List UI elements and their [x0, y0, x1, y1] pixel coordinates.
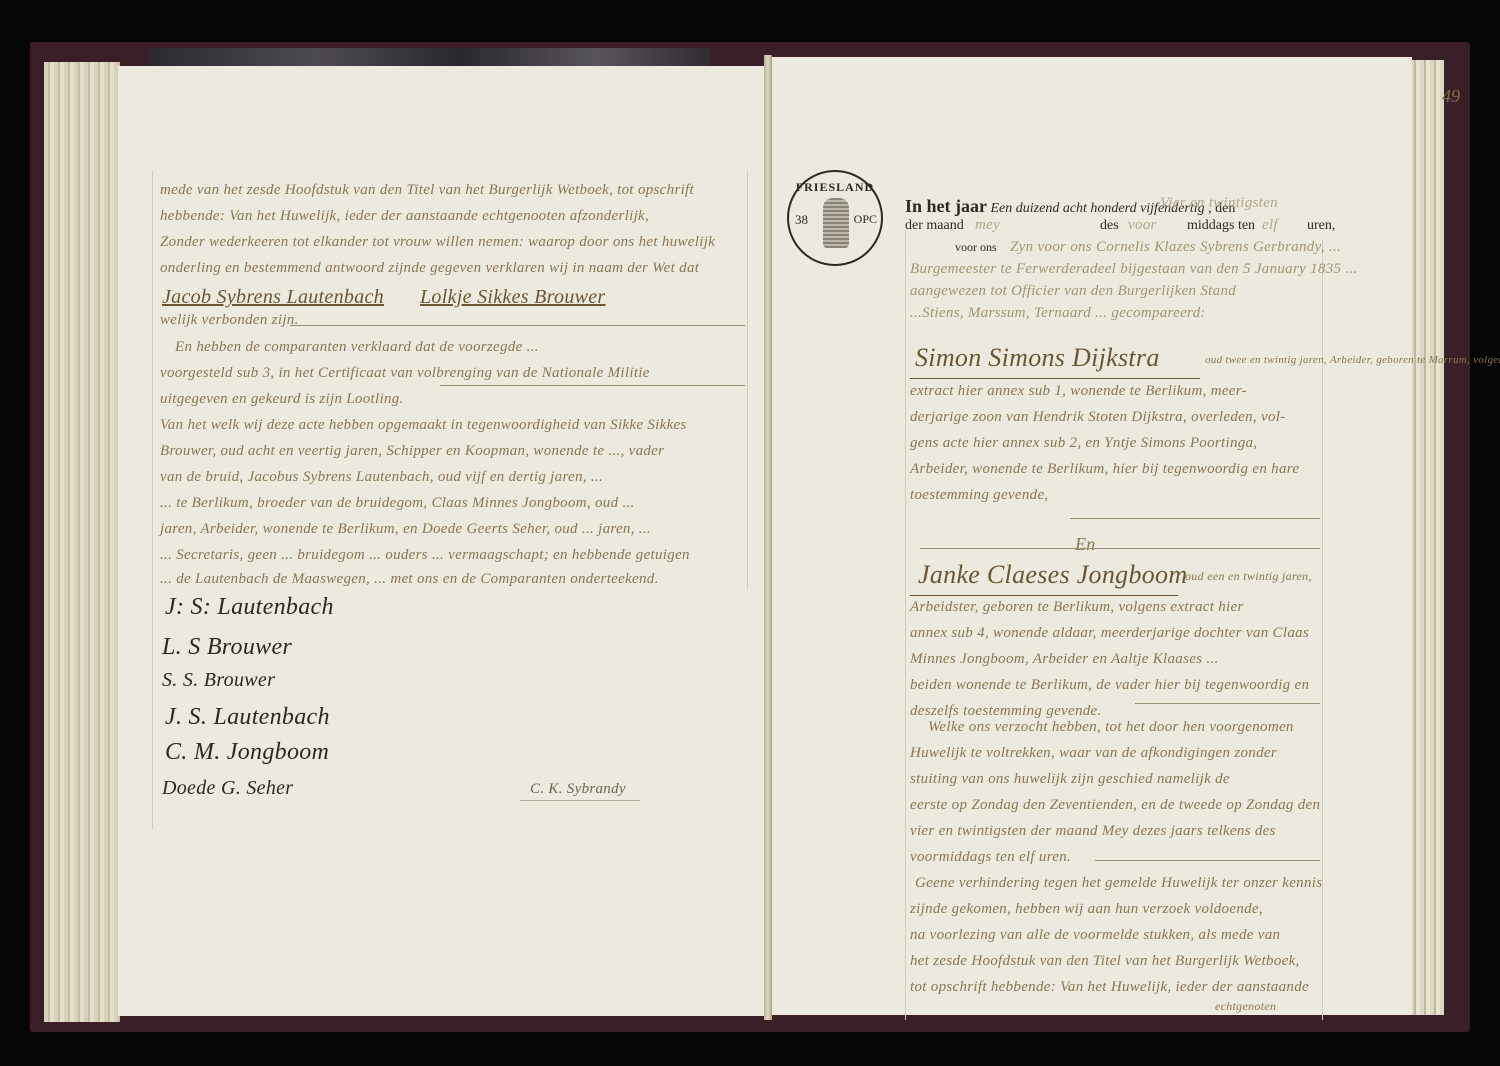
left-more-7: ... te Berlikum, broeder van de bruidego…	[160, 496, 635, 511]
conjunction-en: En	[1075, 535, 1096, 553]
left-rule-1	[290, 325, 745, 326]
closing-line-6: voormiddags ten elf uren.	[910, 850, 1071, 865]
official-signature: C. K. Sybrandy	[530, 782, 626, 797]
signature-5: C. M. Jongboom	[165, 740, 329, 764]
closing-rule	[1095, 860, 1320, 861]
left-more-9: ... Secretaris, geen ... bruidegom ... o…	[160, 548, 690, 563]
groom-line-1: oud twee en twintig jaren, Arbeider, geb…	[1205, 355, 1500, 366]
bride-line-1: oud een en twintig jaren,	[1185, 570, 1312, 582]
left-right-margin-line	[747, 170, 748, 590]
bride-line-3: annex sub 4, wonende aldaar, meerderjari…	[910, 626, 1309, 641]
signature-2: L. S Brouwer	[162, 635, 292, 659]
header-prefix: In het jaar	[905, 196, 987, 216]
header-uren: uren,	[1307, 218, 1335, 234]
closing-line-7: Geene verhindering tegen het gemelde Huw…	[915, 876, 1322, 891]
handwritten-month: mey	[975, 218, 1000, 233]
book-gutter	[764, 55, 772, 1020]
closing-line-9: na voorlezing van alle de voormelde stuk…	[910, 928, 1280, 943]
groom-ref-name: Jacob Sybrens Lautenbach	[162, 287, 384, 307]
handwritten-hour: elf	[1262, 218, 1278, 233]
closing-line-5: vier en twintigsten der maand Mey dezes …	[910, 824, 1276, 839]
right-line-1: Zyn voor ons Cornelis Klazes Sybrens Ger…	[1010, 240, 1341, 255]
groom-name: Simon Simons Dijkstra	[915, 345, 1160, 371]
bride-line-5: beiden wonende te Berlikum, de vader hie…	[910, 678, 1309, 693]
stamp-region: FRIESLAND	[789, 180, 881, 195]
stamp-value-left: 38	[795, 212, 808, 228]
stamp-value-right: OPC	[854, 212, 877, 227]
signature-3: S. S. Brouwer	[162, 670, 275, 690]
groom-line-4: gens acte hier annex sub 2, en Yntje Sim…	[910, 436, 1257, 451]
right-line-3: aangewezen tot Officier van den Burgerli…	[910, 284, 1236, 299]
bride-line-2: Arbeidster, geboren te Berlikum, volgens…	[910, 600, 1244, 615]
closing-line-2: Huwelijk te voltrekken, waar van de afko…	[910, 746, 1277, 761]
right-page-edges	[1410, 60, 1444, 1015]
left-line-6: welijk verbonden zijn.	[160, 313, 299, 328]
left-rule-2	[440, 385, 745, 386]
bride-line-6: deszelfs toestemming gevende.	[910, 704, 1102, 719]
bride-top-rule	[920, 548, 1320, 549]
right-line-2: Burgemeester te Ferwerderadeel bijgestaa…	[910, 262, 1358, 277]
groom-line-6: toestemming gevende,	[910, 488, 1048, 503]
bride-end-rule	[1135, 703, 1320, 704]
groom-end-rule	[1070, 518, 1320, 519]
left-more-1: En hebben de comparanten verklaard dat d…	[175, 340, 539, 355]
groom-name-underline	[910, 378, 1200, 379]
closing-line-1: Welke ons verzocht hebben, tot het door …	[928, 720, 1294, 735]
left-more-8: jaren, Arbeider, wonende te Berlikum, en…	[160, 522, 651, 537]
crown-crest-icon	[823, 198, 849, 248]
bride-name-underline	[910, 595, 1178, 596]
bride-ref-name: Lolkje Sikkes Brouwer	[420, 287, 606, 307]
right-line-4: ...Stiens, Marssum, Ternaard ... gecompa…	[910, 306, 1206, 321]
bride-name: Janke Claeses Jongboom	[918, 562, 1187, 588]
bride-line-4: Minnes Jongboom, Arbeider en Aaltje Klaa…	[910, 652, 1219, 667]
left-more-3: uitgegeven en gekeurd is zijn Lootling.	[160, 392, 404, 407]
handwritten-day: Vier en twintigsten	[1160, 196, 1278, 211]
header-maand: der maand	[905, 218, 964, 234]
closing-line-8: zijnde gekomen, hebben wij aan hun verzo…	[910, 902, 1263, 917]
header-voor-ons: voor ons	[955, 240, 997, 255]
groom-line-2: extract hier annex sub 1, wonende te Ber…	[910, 384, 1247, 399]
groom-line-3: derjarige zoon van Hendrik Stoten Dijkst…	[910, 410, 1286, 425]
signature-4: J. S. Lautenbach	[165, 705, 330, 729]
left-line-3: Zonder wederkeeren tot elkander tot vrou…	[160, 235, 715, 250]
page-number: 49	[1442, 86, 1460, 107]
groom-line-5: Arbeider, wonende te Berlikum, hier bij …	[910, 462, 1299, 477]
signature-6: Doede G. Seher	[162, 778, 293, 798]
closing-line-10: het zesde Hoofdstuk van den Titel van he…	[910, 954, 1300, 969]
left-page-edges	[44, 62, 120, 1022]
left-more-2: voorgesteld sub 3, in het Certificaat va…	[160, 366, 650, 381]
right-margin-line	[905, 230, 906, 1020]
left-more-4: Van het welk wij deze acte hebben opgema…	[160, 418, 687, 433]
left-more-10: ... de Lautenbach de Maaswegen, ... met …	[160, 572, 659, 587]
closing-line-4: eerste op Zondag den Zeventienden, en de…	[910, 798, 1320, 813]
handwritten-des: voor	[1128, 218, 1157, 233]
friesland-tax-stamp: FRIESLAND 38 OPC	[787, 170, 883, 266]
closing-line-11: tot opschrift hebbende: Van het Huwelijk…	[910, 980, 1309, 995]
official-signature-rule	[520, 800, 640, 801]
bottom-continuation: echtgenoten	[1215, 1000, 1276, 1012]
left-line-1: mede van het zesde Hoofdstuk van den Tit…	[160, 183, 694, 198]
left-line-4: onderling en bestemmend antwoord zijnde …	[160, 261, 699, 276]
signature-1: J: S: Lautenbach	[165, 595, 334, 619]
left-more-5: Brouwer, oud acht en veertig jaren, Schi…	[160, 444, 664, 459]
header-des: des	[1100, 218, 1119, 234]
left-more-6: van de bruid, Jacobus Sybrens Lautenbach…	[160, 470, 603, 485]
header-middags: middags ten	[1187, 218, 1255, 234]
closing-line-3: stuiting van ons huwelijk zijn geschied …	[910, 772, 1230, 787]
left-line-2: hebbende: Van het Huwelijk, ieder der aa…	[160, 209, 649, 224]
left-margin-line	[152, 170, 153, 830]
marbled-board	[150, 48, 710, 66]
